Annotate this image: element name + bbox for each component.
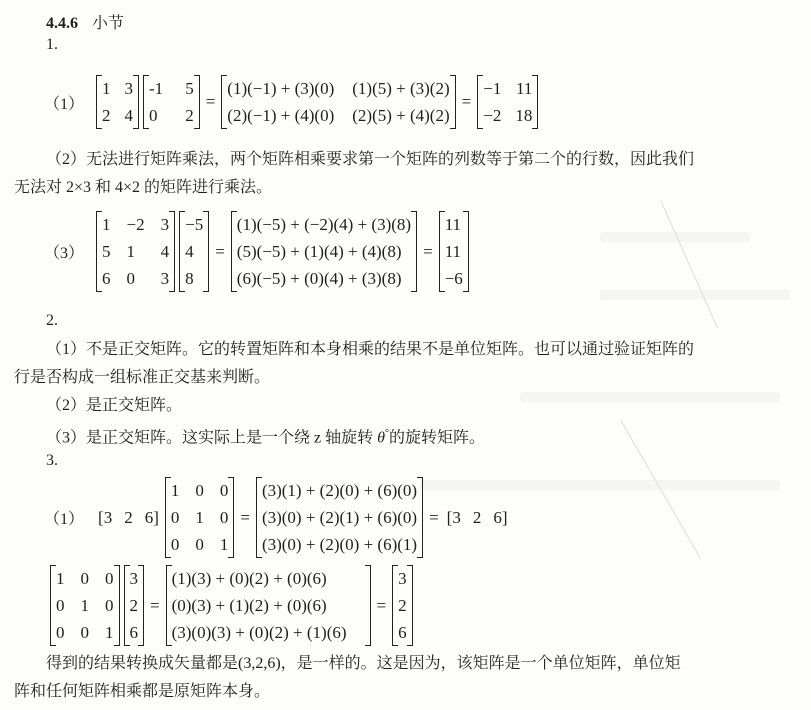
cell: (3)(0) + (2)(1) + (6)(0) <box>262 505 417 530</box>
expanded-product: (1)(3) + (0)(2) + (0)(6) (0)(3) + (1)(2)… <box>166 566 371 645</box>
cell: 3 <box>104 508 113 527</box>
cell: 2 <box>124 508 133 527</box>
q3-part1-equation: （1） [326] 100 010 001 = (3)(1) + (2)(0) … <box>44 478 512 557</box>
section-heading: 4.4.6小节 <box>46 10 124 33</box>
cell: 3 <box>398 566 407 591</box>
cell: 0 <box>220 478 229 503</box>
q1-part1-equation: （1） 13 24 -15 02 = (1)(−1) + (3)(0)(1)(5… <box>44 76 540 128</box>
q3-conclusion: 得到的结果转换成矢量都是(3,2,6)，是一样的。这是因为，该矩阵是一个单位矩阵… <box>14 650 681 706</box>
cell: 0 <box>56 593 65 618</box>
cell: 6 <box>102 266 111 291</box>
cell: −2 <box>483 103 501 128</box>
cell: (5)(−5) + (1)(4) + (4)(8) <box>237 239 411 264</box>
text-line: 得到的结果转换成矢量都是(3,2,6)，是一样的。这是因为，该矩阵是一个单位矩阵… <box>14 650 681 678</box>
question-1-label: 1. <box>46 36 58 54</box>
matrix-A: 13 24 <box>96 76 139 128</box>
matrix-A: 1−23 514 603 <box>96 212 175 291</box>
text-line: 行是否构成一组标准正交基来判断。 <box>14 364 694 392</box>
textbook-page: 4.4.6小节 1. （1） 13 24 -15 02 = (1)(−1) + … <box>0 0 811 710</box>
part-label: （1） <box>44 506 84 529</box>
equals-sign: = <box>429 508 439 528</box>
q1-part3-equation: （3） 1−23 514 603 −5 4 8 = (1)(−5) + (−2)… <box>44 212 471 291</box>
cell: 1 <box>102 76 111 101</box>
cell: 0 <box>105 593 114 618</box>
cell: −5 <box>185 212 203 237</box>
cell: 1 <box>195 505 204 530</box>
cell: 1 <box>81 593 90 618</box>
part-label: （3） <box>44 240 84 263</box>
cell: 11 <box>515 76 532 101</box>
expanded-product: (1)(−1) + (3)(0)(1)(5) + (3)(2) (2)(−1) … <box>221 76 455 128</box>
cell: (1)(−5) + (−2)(4) + (3)(8) <box>237 212 411 237</box>
cell: (2)(−1) + (4)(0) <box>227 103 334 128</box>
cell: 1 <box>56 566 65 591</box>
cell: 8 <box>185 266 203 291</box>
cell: (0)(3) + (1)(2) + (0)(6) <box>172 593 347 618</box>
equals-sign: = <box>423 242 433 262</box>
q3-part2-equation: 100 010 001 3 2 6 = (1)(3) + (0)(2) + (0… <box>48 566 415 645</box>
bleed-through <box>600 290 790 300</box>
identity-matrix: 100 010 001 <box>165 478 235 557</box>
cell: 0 <box>127 266 145 291</box>
result-row-vector: [326] <box>447 508 508 528</box>
text-line: （2）是正交矩阵。 <box>14 392 694 420</box>
cell: 1 <box>102 212 111 237</box>
cell: 0 <box>195 478 204 503</box>
text-line: （2）无法进行矩阵乘法，两个矩阵相乘要求第一个矩阵的列数等于第二个的行数，因此我… <box>14 146 694 174</box>
cell: 6 <box>493 508 502 527</box>
matrix-B: -15 02 <box>143 76 200 128</box>
cell: (1)(−1) + (3)(0) <box>227 76 334 101</box>
cell: (1)(3) + (0)(2) + (0)(6) <box>172 566 347 591</box>
identity-matrix: 100 010 001 <box>50 566 120 645</box>
cell: (3)(1) + (2)(0) + (6)(0) <box>262 478 417 503</box>
vector-v: −5 4 8 <box>179 212 209 291</box>
cell: 4 <box>125 103 134 128</box>
question-2-label: 2. <box>46 312 58 330</box>
theta-symbol: θ <box>377 429 385 446</box>
cell: −2 <box>127 212 145 237</box>
cell: 1 <box>220 532 229 557</box>
text-line: 阵和任何矩阵相乘都是原矩阵本身。 <box>14 678 681 706</box>
cell: −1 <box>483 76 501 101</box>
cell: 3 <box>161 212 170 237</box>
text-line: （3）是正交矩阵。这实际上是一个绕 z 轴旋转 θ°的旋转矩阵。 <box>14 420 694 452</box>
cell: 5 <box>185 76 194 101</box>
section-number: 4.4.6 <box>46 15 78 32</box>
equals-sign: = <box>150 596 160 616</box>
cell: 6 <box>398 620 407 645</box>
cell: 2 <box>102 103 111 128</box>
section-title: 小节 <box>92 15 124 32</box>
part-label: （1） <box>44 91 84 114</box>
cell: 0 <box>81 620 90 645</box>
cell: (1)(5) + (3)(2) <box>352 76 449 101</box>
cell: 2 <box>130 593 139 618</box>
cell: (6)(−5) + (0)(4) + (3)(8) <box>237 266 411 291</box>
cell: 0 <box>171 505 180 530</box>
text-span: （3）是正交矩阵。这实际上是一个绕 z 轴旋转 <box>46 429 377 446</box>
equals-sign: = <box>462 92 472 112</box>
equals-sign: = <box>377 596 387 616</box>
text-line: （1）不是正交矩阵。它的转置矩阵和本身相乘的结果不是单位矩阵。也可以通过验证矩阵… <box>14 336 694 364</box>
equals-sign: = <box>206 92 216 112</box>
expanded-product: (1)(−5) + (−2)(4) + (3)(8) (5)(−5) + (1)… <box>231 212 417 291</box>
cell: 0 <box>220 505 229 530</box>
q2-answers: （1）不是正交矩阵。它的转置矩阵和本身相乘的结果不是单位矩阵。也可以通过验证矩阵… <box>14 336 694 452</box>
cell: 3 <box>130 566 139 591</box>
cell: 0 <box>171 532 180 557</box>
cell: 4 <box>185 239 203 264</box>
cell: 0 <box>105 566 114 591</box>
cell: 0 <box>195 532 204 557</box>
cell: 2 <box>473 508 482 527</box>
cell: 0 <box>56 620 65 645</box>
cell: 1 <box>105 620 114 645</box>
equals-sign: = <box>215 242 225 262</box>
cell: 2 <box>398 593 407 618</box>
cell: 11 <box>445 239 463 264</box>
cell: 6 <box>145 508 154 527</box>
cell: 3 <box>452 508 461 527</box>
cell: (2)(5) + (4)(2) <box>352 103 449 128</box>
cell: 3 <box>161 266 170 291</box>
equals-sign: = <box>240 508 250 528</box>
cell: 2 <box>185 103 194 128</box>
cell: 4 <box>161 239 170 264</box>
cell: (3)(0) + (2)(0) + (6)(1) <box>262 532 417 557</box>
cell: 0 <box>149 103 163 128</box>
cell: 6 <box>130 620 139 645</box>
paper-crease <box>660 200 718 328</box>
cell: 1 <box>127 239 145 264</box>
result-matrix: −111 −218 <box>477 76 538 128</box>
cell: (3)(0)(3) + (0)(2) + (1)(6) <box>172 620 347 645</box>
cell: -1 <box>149 76 163 101</box>
cell: 18 <box>515 103 532 128</box>
row-vector: [326] <box>98 508 159 528</box>
result-vector: 3 2 6 <box>392 566 413 645</box>
cell: 3 <box>125 76 134 101</box>
text-line: 无法对 2×3 和 4×2 的矩阵进行乘法。 <box>14 174 694 202</box>
cell: 1 <box>171 478 180 503</box>
vector-v: 3 2 6 <box>124 566 145 645</box>
expanded-product: (3)(1) + (2)(0) + (6)(0) (3)(0) + (2)(1)… <box>256 478 423 557</box>
text-span: 的旋转矩阵。 <box>389 429 485 446</box>
question-3-label: 3. <box>46 452 58 470</box>
cell: −6 <box>445 266 463 291</box>
cell: 5 <box>102 239 111 264</box>
result-vector: 11 11 −6 <box>439 212 469 291</box>
cell: 11 <box>445 212 463 237</box>
cell: 0 <box>81 566 90 591</box>
q1-part2-text: （2）无法进行矩阵乘法，两个矩阵相乘要求第一个矩阵的列数等于第二个的行数，因此我… <box>14 146 694 202</box>
